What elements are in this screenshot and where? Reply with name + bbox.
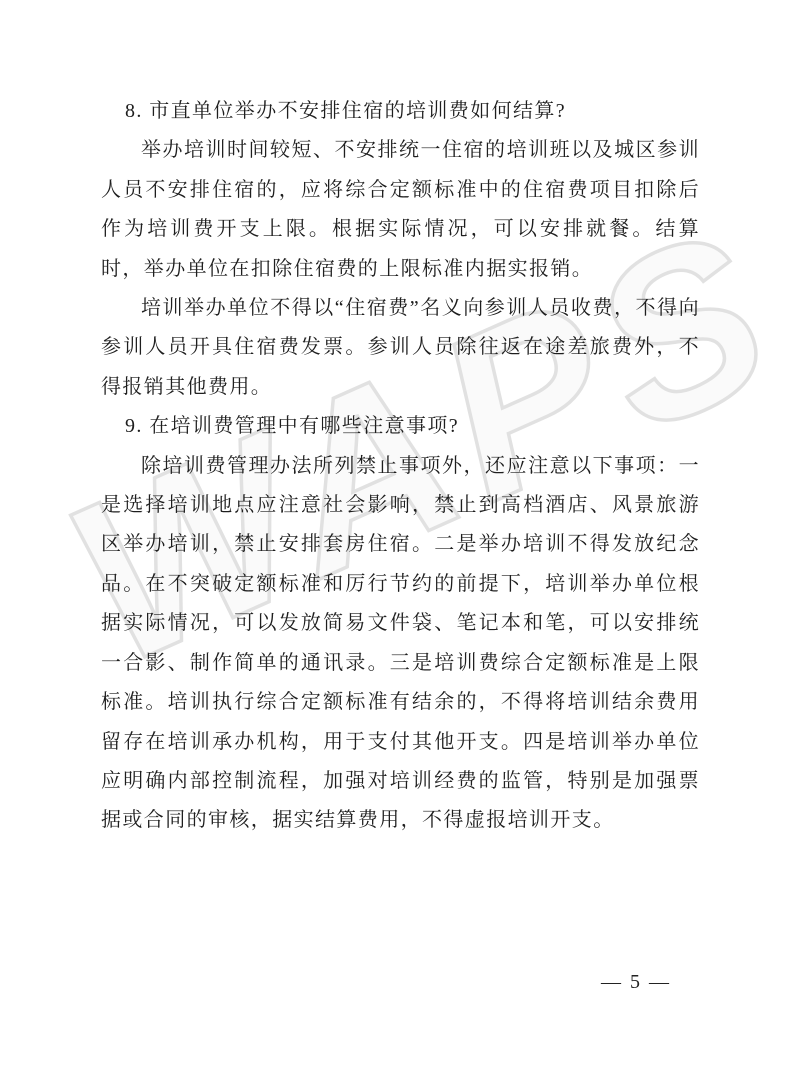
- document-page: WAPS 8. 市直单位举办不安排住宿的培训费如何结算? 举办培训时间较短、不安…: [0, 0, 793, 1077]
- answer-9-paragraph: 除培训费管理办法所列禁止事项外，还应注意以下事项：一是选择培训地点应注意社会影响…: [101, 447, 700, 841]
- answer-8-paragraph-2: 培训举办单位不得以“住宿费”名义向参训人员收费，不得向参训人员开具住宿费发票。参…: [101, 289, 700, 407]
- document-body: 8. 市直单位举办不安排住宿的培训费如何结算? 举办培训时间较短、不安排统一住宿…: [101, 92, 700, 841]
- question-9-heading: 9. 在培训费管理中有哪些注意事项?: [101, 407, 700, 446]
- page-number: — 5 —: [601, 971, 671, 994]
- question-8-heading: 8. 市直单位举办不安排住宿的培训费如何结算?: [101, 92, 700, 131]
- answer-8-paragraph-1: 举办培训时间较短、不安排统一住宿的培训班以及城区参训人员不安排住宿的，应将综合定…: [101, 131, 700, 289]
